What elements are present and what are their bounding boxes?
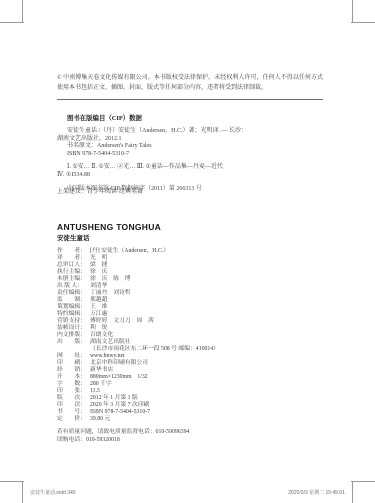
credit-row: 本册主编：徐 庆 陈 博 [57, 276, 323, 283]
credit-value: ISBN 978-7-5404-5310-7 [90, 409, 150, 415]
credit-row: 策划编辑：王 维 [57, 304, 323, 311]
credit-value: 2012 年 1 月第 1 版 [90, 395, 138, 401]
credit-row: 总审订人：梁 捷 [57, 262, 323, 269]
credit-value: 梁 捷 [90, 262, 107, 268]
credit-label: 特约编辑： [57, 311, 90, 318]
credit-row: 执行主编：徐 庆 [57, 269, 323, 276]
credit-value: 刘清华 [90, 283, 107, 289]
credit-value: [丹] 安徒生（Andersen，H.C.） [90, 248, 169, 254]
credit-row: 译 者：光 明 [57, 255, 323, 262]
crop-mark-top-right [352, 0, 353, 22]
book-title-pinyin: ANTUSHENG TONGHUA [57, 222, 323, 232]
copyright-notice: © 中南博集天卷文化传媒有限公司。本书版权受法律保护。未经权利人许可，任何人不得… [57, 74, 323, 93]
credit-row: 经 销：新华书店 [57, 367, 323, 374]
credit-value: www.hnwy.net [90, 353, 125, 359]
credit-row: （长沙市雨花区东二环一段 508 号 邮编：410014） [57, 346, 323, 353]
crop-mark-top-left [22, 0, 23, 22]
crop-mark-bottom-left [22, 481, 23, 503]
credit-row: 网 址：www.hnwy.net [57, 353, 323, 360]
credit-value: 王 维 [90, 304, 107, 310]
credit-row: 印 刷：北京中科印刷有限公司 [57, 360, 323, 367]
credit-row: 印 张：11.5 [57, 388, 323, 395]
credit-label: 定 价： [57, 416, 90, 423]
credit-row: 装帧设计：利 锐 [57, 325, 323, 332]
credit-row: 开 本：880mm×1230mm 1/32 [57, 374, 323, 381]
crop-mark-top-right [351, 22, 375, 23]
credit-value: 280 千字 [90, 381, 112, 387]
copyright-page: © 中南博集天卷文化传媒有限公司。本书版权受法律保护。未经权利人许可，任何人不得… [0, 0, 375, 503]
credit-label: 出 版： [57, 339, 90, 346]
crop-mark-bottom-left [0, 481, 24, 482]
credit-label: 书 号： [57, 409, 90, 416]
book-title-chinese: 安徒生童话 [57, 233, 323, 242]
credits-list: 作 者：[丹] 安徒生（Andersen，H.C.）译 者：光 明总审订人：梁 … [57, 248, 323, 423]
cip-line: Ⅳ. ①I534.88 [57, 172, 323, 180]
credit-row: 内文排版：百朗文化 [57, 332, 323, 339]
credit-row: 字 数：280 千字 [57, 381, 323, 388]
credit-label: 印 张： [57, 388, 90, 395]
credit-label: 出 版 人： [57, 283, 90, 290]
credit-row: 版 次：2012 年 1 月第 1 版 [57, 395, 323, 402]
footer-filename: 安徒生童话.indd 340 [30, 489, 76, 496]
credit-label: 内文排版： [57, 332, 90, 339]
credit-row: 特约编辑：万江惠 [57, 311, 323, 318]
credit-label: 监 制： [57, 297, 90, 304]
cip-line: ISBN 978-7-5404-5310-7 [57, 151, 323, 159]
credit-value: 丁丽丹 刘诗哲 [90, 290, 131, 296]
credit-label: 策划编辑： [57, 304, 90, 311]
separator-rule [57, 99, 323, 100]
credit-row: 印 次：2020 年 3 月第 7 次印刷 [57, 402, 323, 409]
credit-value: 徐 庆 陈 博 [90, 276, 131, 282]
credit-label: 营销支持： [57, 318, 90, 325]
credit-value: 利 锐 [90, 325, 107, 331]
credit-label: 装帧设计： [57, 325, 90, 332]
credit-value: 湖南文艺出版社 [90, 339, 131, 345]
credit-label: 执行主编： [57, 269, 90, 276]
credit-value: （长沙市雨花区东二环一段 508 号 邮编：410014） [90, 346, 219, 352]
credit-value: 880mm×1230mm 1/32 [90, 374, 148, 380]
credit-row: 营销支持：傅婷婷 文刀刀 周 茜 [57, 318, 323, 325]
crop-mark-bottom-right [351, 481, 375, 482]
group-purchase-phone: 团购电话：010-59320018 [57, 436, 323, 444]
credit-label: 责任编辑： [57, 290, 90, 297]
credit-label: 网 址： [57, 353, 90, 360]
credit-value: 徐 庆 [90, 269, 107, 275]
credit-label: 作 者： [57, 248, 90, 255]
credit-row: 作 者：[丹] 安徒生（Andersen，H.C.） [57, 248, 323, 255]
credit-label: 字 数： [57, 381, 90, 388]
credit-label: 开 本： [57, 374, 90, 381]
phone-notes: 若有质量问题，请致电质量监督电话：010-59096394 团购电话：010-5… [57, 428, 323, 444]
crop-mark-bottom-right [352, 481, 353, 503]
cip-heading: 图书在版编目（CIP）数据 [57, 113, 333, 122]
credit-label: 版 次： [57, 395, 90, 402]
credit-row: 责任编辑：丁丽丹 刘诗哲 [57, 290, 323, 297]
credit-value: 新华书店 [90, 367, 113, 373]
cip-line: Ⅰ. ①安… Ⅱ. ①安… ②光… Ⅲ. ①童话—作品集—丹麦—近代 [57, 164, 323, 172]
credit-value: 2020 年 3 月第 7 次印刷 [90, 402, 149, 408]
cip-lines: 安徒生童话 /（丹）安徒生（Andersen，H.C.）著；光明译. — 长沙：… [57, 128, 323, 193]
credit-label: 本册主编： [57, 276, 90, 283]
cip-line: 安徒生童话 /（丹）安徒生（Andersen，H.C.）著；光明译. — 长沙： [57, 128, 323, 136]
credit-value: 11.5 [90, 388, 100, 394]
credit-label: 印 次： [57, 402, 90, 409]
credit-value: 百朗文化 [90, 332, 113, 338]
cip-line: 书名原文：Andersen's Fairy Tales [57, 143, 323, 151]
credit-label: 经 销： [57, 367, 90, 374]
credit-value: 邢越超 [90, 297, 107, 303]
shelf-suggestion: 上架建议：青少年阅读·经典名著 [57, 186, 323, 195]
credit-row: 书 号：ISBN 978-7-5404-5310-7 [57, 409, 323, 416]
crop-mark-top-left [0, 22, 24, 23]
credit-value: 光 明 [90, 255, 107, 261]
credit-row: 定 价：39.80 元 [57, 416, 323, 423]
credit-row: 出 版：湖南文艺出版社 [57, 339, 323, 346]
credit-value: 万江惠 [90, 311, 107, 317]
credit-value: 北京中科印刷有限公司 [90, 360, 148, 366]
credit-row: 监 制：邢越超 [57, 297, 323, 304]
footer-timestamp: 2020/3/3 星期二 15:45:01 [288, 489, 345, 496]
credit-value: 傅婷婷 文刀刀 周 茜 [90, 318, 154, 324]
credit-row: 出 版 人：刘清华 [57, 283, 323, 290]
credit-label: 印 刷： [57, 360, 90, 367]
credit-label: 总审订人： [57, 262, 90, 269]
credit-value: 39.80 元 [90, 416, 110, 422]
quality-note: 若有质量问题，请致电质量监督电话：010-59096394 [57, 428, 323, 436]
credit-label: 译 者： [57, 255, 90, 262]
